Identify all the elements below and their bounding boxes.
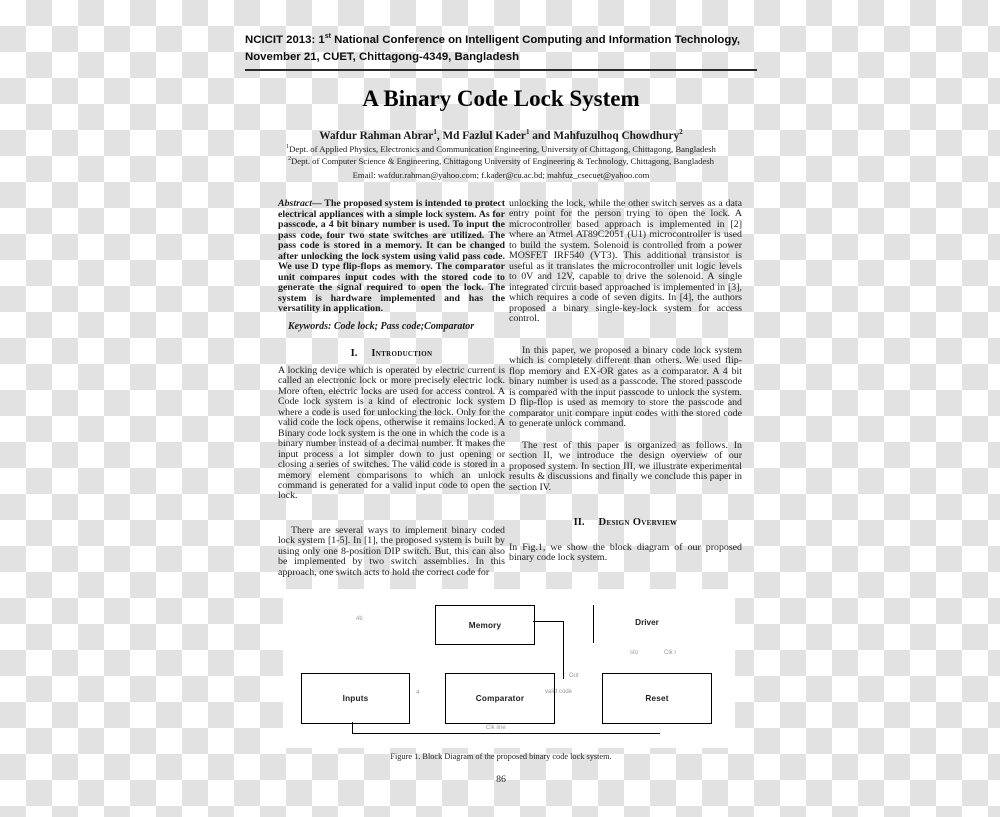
feedback-line-horizontal — [352, 733, 660, 734]
section-title: Introduction — [371, 348, 432, 359]
comparator-box-label: Comparator — [476, 694, 524, 703]
section-heading-design-overview: II.Design Overview — [509, 517, 742, 528]
diagram-small-label: Out — [569, 673, 579, 679]
diagram-small-label: Clk line — [486, 725, 506, 731]
paragraph: A locking device which is operated by el… — [278, 366, 505, 502]
section-heading-introduction: I.Introduction — [278, 348, 505, 359]
connector-line-vertical — [563, 621, 564, 679]
reset-box-label: Reset — [645, 694, 668, 703]
section-number: II. — [574, 517, 585, 528]
affiliations-block: 1Dept. of Applied Physics, Electronics a… — [228, 142, 774, 181]
header-text: NCICIT 2013: 1 — [245, 34, 325, 46]
author-name: Mahfuzulhoq Chowdhury — [553, 130, 679, 142]
diagram-small-label: 4b — [356, 616, 363, 622]
abstract-text: The proposed system is intended to prote… — [278, 198, 505, 314]
section-title: Design Overview — [599, 517, 678, 528]
paragraph: The rest of this paper is organized as f… — [509, 441, 742, 493]
abstract-paragraph: Abstract— The proposed system is intende… — [278, 199, 505, 315]
author-affil-mark: 2 — [679, 128, 683, 136]
memory-box-label: Memory — [469, 621, 502, 630]
keywords-line: Keywords: Code lock; Pass code;Comparato… — [278, 321, 505, 332]
figure-block-diagram: Memory Driver sto Clk r 4b Out valid cod… — [283, 589, 735, 748]
affiliation-line: 1Dept. of Applied Physics, Electronics a… — [228, 142, 774, 154]
figure-caption: Figure 1. Block Diagram of the proposed … — [245, 752, 757, 761]
abstract-label: Abstract— — [278, 198, 322, 209]
email-line: Email: wafdur.rahman@yahoo.com; f.kader@… — [228, 170, 774, 181]
header-text: National Conference on Intelligent Compu… — [331, 34, 740, 46]
paragraph: There are several ways to implement bina… — [278, 526, 505, 578]
inputs-box-label: Inputs — [343, 694, 369, 703]
driver-box-edge-line — [593, 605, 594, 643]
paragraph: unlocking the lock, while the other swit… — [509, 199, 742, 324]
diagram-box-reset: Reset — [602, 673, 712, 724]
paper-title: A Binary Code Lock System — [240, 86, 762, 112]
conference-header-line1: NCICIT 2013: 1st National Conference on … — [245, 28, 760, 49]
conference-header: NCICIT 2013: 1st National Conference on … — [245, 28, 760, 67]
author-name: Wafdur Rahman Abrar — [319, 130, 433, 142]
diagram-small-label: Clk r — [664, 650, 676, 656]
author-name: Md Fazlul Kader — [442, 130, 525, 142]
authors-line: Wafdur Rahman Abrar1, Md Fazlul Kader1 a… — [240, 128, 762, 142]
diagram-box-inputs: Inputs — [301, 673, 410, 724]
diagram-small-label: 4 — [416, 690, 419, 696]
affiliation-text: Dept. of Computer Science & Engineering,… — [291, 156, 714, 166]
diagram-small-label: sto — [630, 650, 638, 656]
header-divider — [245, 69, 757, 71]
feedback-line-vertical — [352, 722, 353, 733]
affiliation-text: Dept. of Applied Physics, Electronics an… — [289, 144, 716, 154]
diagram-box-driver: Driver — [617, 618, 677, 627]
scanned-paper-page: NCICIT 2013: 1st National Conference on … — [0, 0, 1000, 817]
section-number: I. — [351, 348, 358, 359]
conference-header-line2: November 21, CUET, Chittagong-4349, Bang… — [245, 49, 760, 67]
paragraph: In Fig.1, we show the block diagram of o… — [509, 543, 742, 564]
author-separator: and — [529, 130, 553, 142]
page-number: 86 — [245, 774, 757, 785]
connector-line-horizontal — [533, 621, 564, 622]
diagram-box-memory: Memory — [435, 605, 535, 645]
paragraph: In this paper, we proposed a binary code… — [509, 346, 742, 430]
affiliation-line: 2Dept. of Computer Science & Engineering… — [228, 154, 774, 166]
diagram-box-comparator: Comparator — [445, 673, 555, 724]
